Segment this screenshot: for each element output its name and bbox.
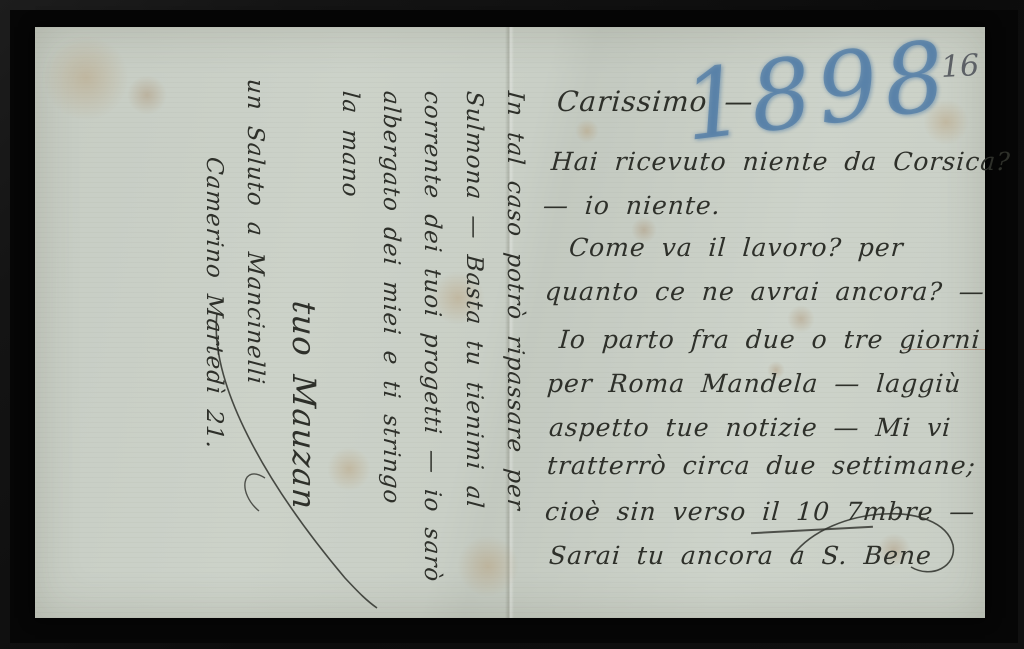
letter-line: Io parto fra due o tre giorni <box>542 325 996 355</box>
letter-line: cioè sin verso il 10 7mbre — <box>542 497 996 527</box>
rotated-text-block: In tal caso potrò ripassare per Sulmona … <box>105 63 527 647</box>
letter-line: — io niente. <box>542 191 996 221</box>
letter-page-left: In tal caso potrò ripassare per Sulmona … <box>105 63 527 647</box>
letter-line: Sarai tu ancora a S. Bene <box>542 541 996 571</box>
letter-line: aspetto tue notizie — Mi vi <box>542 413 996 443</box>
letter-line: quanto ce ne avrai ancora? — <box>542 277 996 307</box>
letter-line: corrente dei tuoi progetti — io sarò <box>419 62 444 648</box>
dateline: Camerino Martedì 21. <box>201 62 226 648</box>
letter-page-right: Carissimo — Hai ricevuto niente da Corsi… <box>543 85 995 571</box>
letter-line: un Saluto a Mancinelli <box>242 62 267 648</box>
letter-scan: In tal caso potrò ripassare per Sulmona … <box>0 0 1024 649</box>
ink-underline-stroke <box>751 526 873 534</box>
signature: tuo Mauzan <box>285 62 320 648</box>
letter-line: tratterrò circa due settimane; <box>542 451 996 481</box>
letter-line: la mano <box>337 62 362 648</box>
letter-line: Sulmona — Basta tu tienimi al <box>460 62 485 648</box>
letter-paper: In tal caso potrò ripassare per Sulmona … <box>35 27 985 618</box>
archive-number-pencil: 16 <box>940 48 980 85</box>
letter-line: In tal caso potrò ripassare per <box>502 62 527 648</box>
letter-line: per Roma Mandela — laggiù <box>542 369 996 399</box>
letter-line: albergato dei miei e ti stringo <box>378 62 403 648</box>
letter-line: Come va il lavoro? per <box>542 233 996 263</box>
